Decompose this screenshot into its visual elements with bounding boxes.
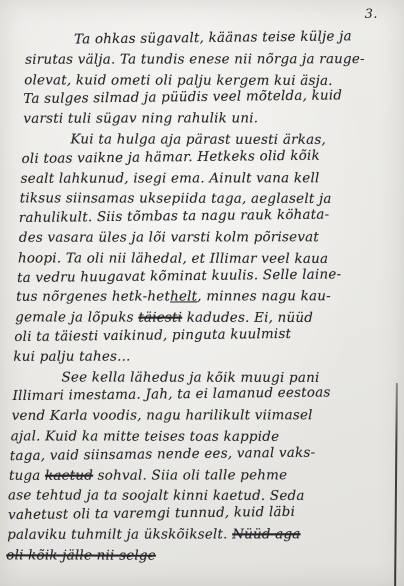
manuscript-page: 3. Ta ohkas sügavalt, käänas teise külje… [0,0,404,586]
handwritten-text: oli toas vaikne ja hämar. Hetkeks olid k… [21,148,320,166]
handwritten-text: sirutas välja. Ta tundis enese nii nõrga… [25,52,365,68]
handwritten-text: tiksus siinsamas uksepiida taga, aeglase… [20,192,332,208]
manuscript-line: sirutas välja. Ta tundis enese nii nõrga… [25,50,400,70]
handwritten-text: rahulikult. Siis tõmbas ta nagu rauk köh… [19,208,330,227]
manuscript-line: oli toas vaikne ja hämar. Hetkeks olid k… [21,146,400,170]
manuscript-line: oli kõik jälle nii selge [6,546,402,566]
page-number: 3. [365,7,378,22]
manuscript-line: vahetust oli ta varemgi tunnud, kuid läb… [8,502,403,526]
handwritten-text: ajal. Kuid ka mitte teises toas kappide [11,429,280,444]
handwritten-text: oli ta täiesti vaikinud, pinguta kuulmis… [14,327,291,345]
handwritten-text: des vasara üles ja lõi varsti kolm põris… [18,230,318,246]
handwritten-text: Kui ta hulga aja pärast uuesti ärkas, [70,132,326,147]
manuscript-line: Ta sulges silmad ja püüdis veel mõtelda,… [24,86,401,110]
handwritten-text: taga, vaid siinsamas nende ees, vanal va… [10,445,316,463]
manuscript-line: varsti tuli sügav ning rahulik uni. [23,109,400,129]
manuscript-line: palaviku tuhmilt ja ükskõikselt. Nüüd ag… [7,525,402,545]
crossed-out-text: oli kõik jälle nii selge [6,548,156,563]
handwritten-text: Ta sulges silmad ja püüdis veel mõtelda,… [24,89,343,108]
handwritten-text: palaviku tuhmilt ja ükskõikselt. [7,527,232,542]
handwritten-text: Ta ohkas sügavalt, käänas teise külje ja [74,29,352,47]
text-block: Ta ohkas sügavalt, käänas teise külje ja… [26,29,402,565]
manuscript-line: des vasara üles ja lõi varsti kolm põris… [18,228,401,248]
handwritten-text: hoopi. Ta oli nii lähedal, et Illimar ve… [18,251,328,267]
manuscript-line: oli ta täiesti vaikinud, pinguta kuulmis… [14,324,401,348]
manuscript-line: Illimari imestama. Jah, ta ei lamanud ee… [12,383,401,407]
handwritten-text: tus nõrgenes hetk-het [16,290,170,305]
handwritten-text: sealt lahkunud, isegi ema. Ainult vana k… [21,171,320,187]
handwritten-text: kui palju tahes... [14,349,131,364]
manuscript-line: rahulikult. Siis tõmbas ta nagu rauk köh… [19,205,401,229]
handwritten-text: ase tehtud ja ta soojalt kinni kaetud. S… [8,489,305,505]
handwritten-text: sohval. Siia oli talle pehme [93,468,287,483]
manuscript-line: tuga kaetud sohval. Siia oli talle pehme [9,466,402,486]
manuscript-line: sealt lahkunud, isegi ema. Ainult vana k… [21,169,401,189]
manuscript-line: tus nõrgenes hetk-hethelt, minnes nagu k… [16,287,401,307]
handwritten-text: ta vedru huugavat kõminat kuulis. Selle … [17,267,341,286]
handwritten-text: , minnes nagu kau- [197,290,331,305]
handwritten-text: vend Karla voodis, nagu harilikult viima… [12,408,313,424]
crossed-out-text: kaetud [45,468,93,483]
manuscript-line: Ta ohkas sügavalt, käänas teise külje ja [26,27,400,51]
handwritten-text: gemale ja lõpuks [15,311,138,326]
handwritten-text: kadudes. Ei, nüüd [182,311,313,326]
crossed-out-text: täiesti [138,311,182,326]
handwritten-text: vahetust oli ta varemgi tunnud, kuid läb… [8,505,295,523]
inserted-text: helt [170,290,197,305]
crossed-out-text: Nüüd aga [232,527,300,542]
manuscript-line: kui palju tahes... [14,347,402,367]
manuscript-line: ta vedru huugavat kõminat kuulis. Selle … [17,264,401,288]
manuscript-line: vend Karla voodis, nagu harilikult viima… [12,406,402,426]
handwritten-text: Illimari imestama. Jah, ta ei lamanud ee… [12,386,330,405]
handwritten-text: tuga [9,468,45,483]
handwritten-text: varsti tuli sügav ning rahulik uni. [23,111,258,126]
manuscript-line: taga, vaid siinsamas nende ees, vanal va… [10,442,402,466]
